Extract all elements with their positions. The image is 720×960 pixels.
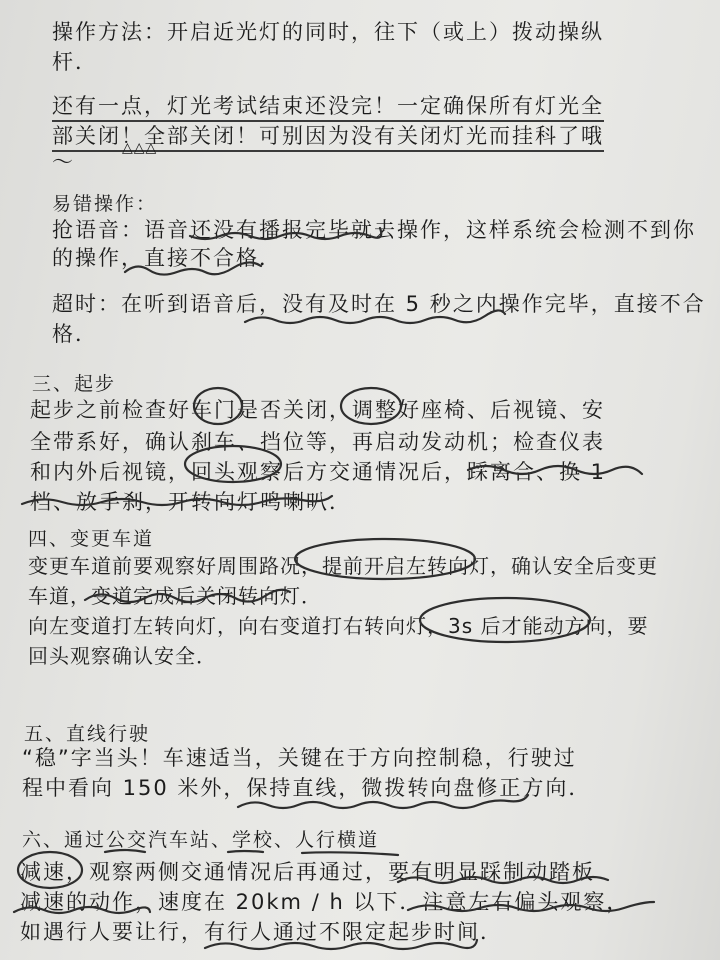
common-mistakes-line-3: 超时：在听到语音后，没有及时在 5 秒之内操作完毕，直接不合 (52, 290, 706, 318)
section-straight-driving-line-1: “稳”字当头！车速适当，关键在于方向控制稳，行驶过 (22, 744, 577, 772)
section-start-line-2: 全带系好，确认刹车、挡位等，再启动发动机；检查仪表 (30, 428, 605, 456)
section-bus-stop-line-1: 减速，观察两侧交通情况后再通过，要有明显踩制动踏板 (20, 858, 595, 886)
section-start-line-3: 和内外后视镜，回头观察后方交通情况后，踩离合、换 1 (30, 458, 606, 486)
reminder-note-line-3: ～ (52, 148, 75, 176)
reminder-note-line-1: 还有一点，灯光考试结束还没完！一定确保所有灯光全 (52, 92, 604, 122)
section-start-line-4: 档、放手刹，开转向灯鸣喇叭． (30, 488, 352, 516)
section-lane-change-line-1: 变更车道前要观察好周围路况，提前开启左转向灯，确认安全后变更 (28, 552, 658, 580)
common-mistakes-line-4: 格． (52, 320, 98, 348)
section-bus-stop-line-2: 减速的动作，速度在 20km / h 以下．注意左右偏头观察， (20, 888, 629, 916)
operation-method-line-1: 操作方法：开启近光灯的同时，往下（或上）拨动操纵 (52, 18, 604, 46)
section-bus-stop-line-3: 如遇行人要让行，有行人通过不限定起步时间． (20, 918, 503, 946)
section-start-title: 三、起步 (32, 370, 116, 398)
operation-method-line-2: 杆． (52, 48, 98, 76)
section-lane-change-line-4: 回头观察确认安全． (28, 642, 217, 670)
section-lane-change-line-3: 向左变道打左转向灯，向右变道打右转向灯，3s 后才能动方向，要 (28, 612, 649, 640)
common-mistakes-title: 易错操作： (52, 190, 157, 218)
section-straight-driving-line-2: 程中看向 150 米外，保持直线，微拨转向盘修正方向． (22, 774, 591, 802)
emphasis-triangle-marks: △△△ (122, 134, 157, 162)
section-lane-change-title: 四、变更车道 (28, 525, 154, 553)
section-lane-change-line-2: 车道，变道完成后关闭转向灯． (28, 582, 322, 610)
section-start-line-1: 起步之前检查好车门是否关闭，调整好座椅、后视镜、安 (30, 396, 605, 424)
common-mistakes-line-2: 的操作，直接不合格． (52, 244, 282, 272)
common-mistakes-line-1: 抢语音：语音还没有播报完毕就去操作，这样系统会检测不到你 (52, 216, 696, 244)
section-bus-stop-school-crosswalk-title: 六、通过公交汽车站、学校、人行横道 (22, 826, 379, 854)
photographed-document-page: 操作方法：开启近光灯的同时，往下（或上）拨动操纵 杆． 还有一点，灯光考试结束还… (0, 0, 720, 960)
